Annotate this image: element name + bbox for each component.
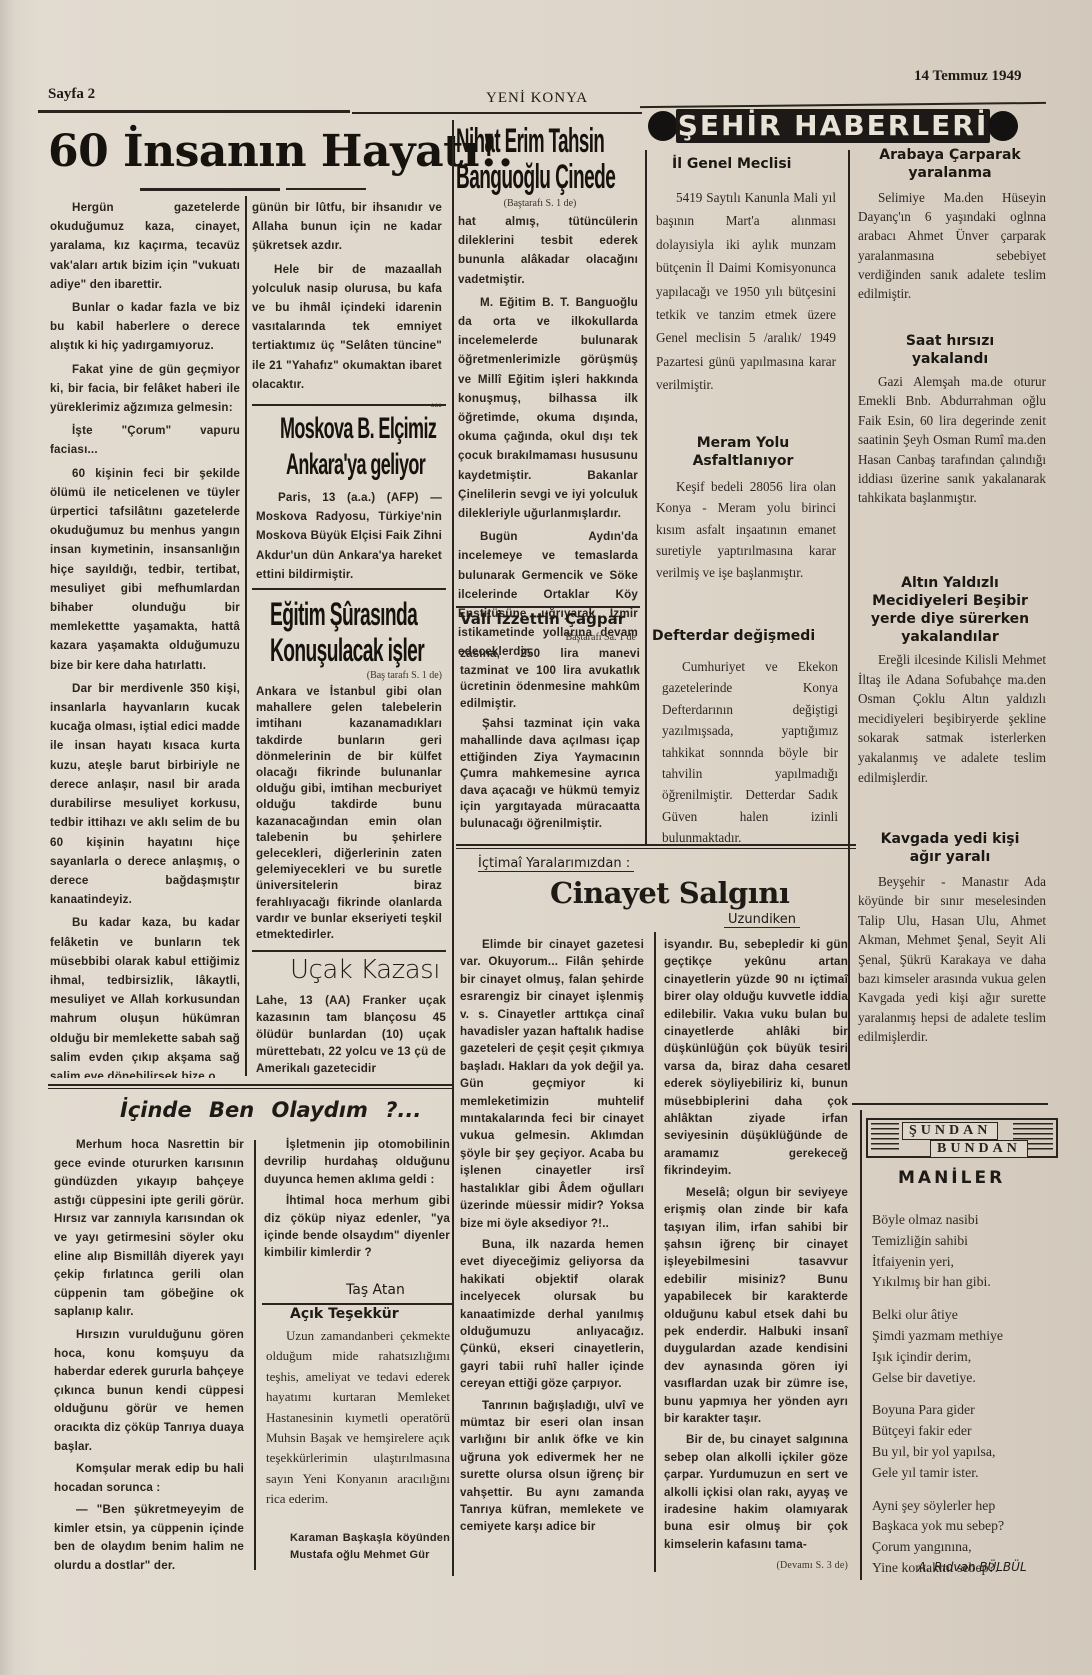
egitim-headline-1: Eğitim Şûrasında bbox=[270, 596, 417, 633]
paragraph: Buna, ilk nazarda hemen evet diyeceğimiz… bbox=[460, 1236, 644, 1393]
vali-headline: Vali İzzettin Çağpar bbox=[460, 610, 625, 628]
moskova-headline-1: Moskova B. Elçimiz bbox=[280, 412, 424, 446]
poem-line: Gelse bir davetiye. bbox=[872, 1368, 1004, 1389]
headline-line: ağır yaralı bbox=[852, 848, 1048, 866]
column-rule bbox=[245, 196, 247, 1076]
poem-line: Şimdi yazmam methiye bbox=[872, 1326, 1004, 1347]
nihat-body: hat almış, tütüncülerin dileklerini tesb… bbox=[458, 212, 638, 666]
meram-body: Keşif bedeli 28056 lira olan Konya - Mer… bbox=[656, 476, 836, 583]
poem-line: Bu yıl, bir yol yapılsa, bbox=[872, 1442, 1004, 1463]
paragraph: Uzun zamandanberi çekmekte olduğum mide … bbox=[266, 1326, 450, 1510]
poem-line: Böyle olmaz nasibi bbox=[872, 1210, 1004, 1231]
paragraph: Fakat yine de gün geçmiyor ki, bir facia… bbox=[50, 360, 240, 418]
paragraph: zasına, 250 lira manevi tazminat ve 100 … bbox=[460, 646, 640, 712]
cinayet-headline: Cinayet Salgını bbox=[550, 876, 789, 910]
headline-line: yaralanma bbox=[852, 164, 1048, 182]
paragraph: hat almış, tütüncülerin dileklerini tesb… bbox=[458, 212, 638, 289]
poem-line: Başkaca yok mu sebep? bbox=[872, 1516, 1004, 1537]
paragraph: Hırsızın vurulduğunu gören hoca, konu ko… bbox=[54, 1326, 244, 1456]
banner-line2: BUNDAN bbox=[930, 1140, 1028, 1158]
stanza: Boyuna Para gider Bütçeyi fakir eder Bu … bbox=[872, 1400, 1004, 1483]
cinayet-col1: Elimde bir cinayet gazetesi var. Okuyoru… bbox=[460, 936, 644, 1540]
headline-line: yakalandılar bbox=[850, 628, 1050, 646]
paragraph: Ereğli ilcesinde Kilisli Mehmet İltaş il… bbox=[858, 650, 1046, 787]
section-rule bbox=[252, 588, 446, 590]
newspaper-page: Sayfa 2 YENİ KONYA 14 Temmuz 1949 60 İns… bbox=[0, 0, 1092, 1675]
kavga-headline: Kavgada yedi kişi ağır yaralı bbox=[852, 830, 1048, 866]
arabaya-headline: Arabaya Çarparak yaralanma bbox=[852, 146, 1048, 182]
tesekkur-body: Uzun zamandanberi çekmekte olduğum mide … bbox=[266, 1326, 450, 1510]
headline-line: Saat hırsızı bbox=[852, 332, 1048, 350]
maniler-title: MANİLER bbox=[898, 1168, 1005, 1188]
cinayet-continued: (Devamı S. 3 de) bbox=[664, 1557, 848, 1574]
poem-line: Yıkılmış bir han gibi. bbox=[872, 1272, 1004, 1293]
nihat-continued: (Baştarafı S. 1 de) bbox=[460, 198, 620, 209]
poem-line: Gele yıl tamir ister. bbox=[872, 1463, 1004, 1484]
nihat-headline-2: Banguoğlu Çinede bbox=[456, 158, 615, 197]
lead-article-col1: Hergün gazetelerde okuduğumuz kaza, cina… bbox=[50, 198, 240, 1078]
column-rule bbox=[254, 1140, 256, 1570]
paragraph: Bir de, bu cinayet salgınına sebep olan … bbox=[664, 1431, 848, 1553]
paragraph: Hele bir de mazaallah yolculuk nasip olu… bbox=[252, 260, 442, 394]
defterdar-headline: Defterdar değişmedi bbox=[652, 628, 815, 644]
poem-line: Boyuna Para gider bbox=[872, 1400, 1004, 1421]
genel-meclis-body: 5419 Saytılı Kanunla Mali yıl başının Ma… bbox=[656, 186, 836, 397]
lead-article-col2: günün bir lûtfu, bir ihsanıdır ve Allaha… bbox=[252, 198, 442, 417]
column-rule bbox=[645, 150, 647, 844]
stanza: Belki olur âtiye Şimdi yazmam methiye Iş… bbox=[872, 1305, 1004, 1388]
sehir-haberleri-banner: ŞEHİR HABERLERİ bbox=[648, 108, 1018, 144]
section-rule bbox=[252, 950, 446, 952]
cinayet-col2: isyandır. Bu, sebepledir ki gün geçtikçe… bbox=[664, 936, 848, 1575]
altin-headline: Altın Yaldızlı Mecidiyeleri Beşibir yerd… bbox=[850, 574, 1050, 646]
paragraph: Şahsi tazminat için vaka mahallinde dava… bbox=[460, 716, 640, 832]
stripe-ornament bbox=[871, 1123, 899, 1153]
paragraph: İşletmenin jip otomobilinin devrilip hur… bbox=[264, 1136, 450, 1188]
poem-line: İtfaiyenin yeri, bbox=[872, 1252, 1004, 1273]
masthead-rule bbox=[352, 112, 642, 114]
paragraph: Tanrının bağışladığı, ulvî ve mümtaz bir… bbox=[460, 1397, 644, 1536]
column-rule bbox=[452, 1086, 454, 1576]
paragraph: 60 kişinin feci bir şekilde ölümü ile ne… bbox=[50, 464, 240, 675]
poem-line: Bütçeyi fakir eder bbox=[872, 1421, 1004, 1442]
masthead-rule bbox=[38, 110, 350, 113]
section-rule bbox=[252, 404, 446, 406]
section-rule bbox=[456, 606, 640, 608]
issue-date: 14 Temmuz 1949 bbox=[914, 68, 1022, 85]
cinayet-kicker: İçtimaî Yaralarımızdan : bbox=[478, 856, 634, 872]
section-rule bbox=[852, 1103, 1048, 1105]
section-rule bbox=[262, 1303, 452, 1305]
paragraph: Ankara ve İstanbul gibi olan mahallere g… bbox=[256, 684, 442, 943]
poem-line: Belki olur âtiye bbox=[872, 1305, 1004, 1326]
tesekkur-headline: Açık Teşekkür bbox=[290, 1306, 399, 1322]
meram-headline: Meram Yolu Asfaltlanıyor bbox=[650, 434, 836, 470]
headline-line: Mecidiyeleri Beşibir bbox=[850, 592, 1050, 610]
arabaya-body: Selimiye Ma.den Hüseyin Dayanç'ın 6 yaşı… bbox=[858, 188, 1046, 303]
poem-line: Temizliğin sahibi bbox=[872, 1231, 1004, 1252]
headline-line: yakalandı bbox=[852, 350, 1048, 368]
cinayet-author: Uzundiken bbox=[724, 912, 800, 928]
paragraph: Keşif bedeli 28056 lira olan Konya - Mer… bbox=[656, 476, 836, 583]
paragraph: Beyşehir - Manastır Ada köyünde bir sını… bbox=[858, 872, 1046, 1047]
icinde-col1: Merhum hoca Nasrettin bir gece evinde ot… bbox=[54, 1136, 244, 1580]
vali-continued: Baştarafı Sa. 1 de bbox=[460, 632, 636, 643]
paragraph: Selimiye Ma.den Hüseyin Dayanç'ın 6 yaşı… bbox=[858, 188, 1046, 303]
ucak-headline: Uçak Kazası bbox=[290, 955, 440, 985]
paragraph: Merhum hoca Nasrettin bir gece evinde ot… bbox=[54, 1136, 244, 1322]
ucak-body: Lahe, 13 (AA) Franker uçak kazasının tam… bbox=[256, 992, 446, 1081]
headline-line: Altın Yaldızlı bbox=[850, 574, 1050, 592]
saat-headline: Saat hırsızı yakalandı bbox=[852, 332, 1048, 368]
poem-line: Işık içindir derim, bbox=[872, 1347, 1004, 1368]
altin-body: Ereğli ilcesinde Kilisli Mehmet İltaş il… bbox=[858, 650, 1046, 787]
icinde-col2: İşletmenin jip otomobilinin devrilip hur… bbox=[264, 1136, 450, 1266]
paragraph: Cumhuriyet ve Ekekon gazetelerinde Konya… bbox=[662, 656, 838, 849]
headline-line: Meram Yolu bbox=[650, 434, 836, 452]
egitim-body: Ankara ve İstanbul gibi olan mahallere g… bbox=[256, 684, 442, 947]
stanza: Böyle olmaz nasibi Temizliğin sahibi İtf… bbox=[872, 1210, 1004, 1293]
paragraph: Gazi Alemşah ma.de oturur Emekli Bnb. Ab… bbox=[858, 372, 1046, 508]
paragraph: Bu kadar kaza, bu kadar felâketin ve bun… bbox=[50, 913, 240, 1078]
moskova-headline-2: Ankara'ya geliyor bbox=[286, 448, 425, 482]
sundan-bundan-banner: ŞUNDAN BUNDAN bbox=[866, 1118, 1058, 1158]
section-rule bbox=[48, 1088, 452, 1089]
paragraph: 5419 Saytılı Kanunla Mali yıl başının Ma… bbox=[656, 186, 836, 397]
headline-line: Arabaya Çarparak bbox=[852, 146, 1048, 164]
tesekkur-signature: Karaman Başkaşla köyünden Mustafa oğlu M… bbox=[290, 1530, 450, 1567]
genel-meclis-headline: İl Genel Meclisi bbox=[650, 156, 836, 172]
paragraph: M. Eğitim B. T. Banguoğlu da orta ve ilk… bbox=[458, 293, 638, 523]
ornament-rule bbox=[140, 188, 280, 191]
page-number: Sayfa 2 bbox=[48, 86, 95, 103]
saat-body: Gazi Alemşah ma.de oturur Emekli Bnb. Ab… bbox=[858, 372, 1046, 508]
column-rule bbox=[452, 120, 454, 1086]
paragraph: Paris, 13 (a.a.) (AFP) — Moskova Radyosu… bbox=[256, 488, 442, 584]
maniler-author: A. Rıdvan BÜLBÜL bbox=[918, 1560, 1027, 1574]
egitim-headline-2: Konuşulacak işler bbox=[270, 632, 424, 669]
egitim-continued: (Baş tarafı S. 1 de) bbox=[256, 670, 442, 681]
lead-headline: 60 İnsanın Hayatı!. bbox=[48, 126, 513, 177]
moskova-body: Paris, 13 (a.a.) (AFP) — Moskova Radyosu… bbox=[256, 488, 442, 588]
headline-line: Asfaltlanıyor bbox=[650, 452, 836, 470]
vali-body: zasına, 250 lira manevi tazminat ve 100 … bbox=[460, 646, 640, 837]
paper-name: YENİ KONYA bbox=[486, 90, 588, 107]
paragraph: Elimde bir cinayet gazetesi var. Okuyoru… bbox=[460, 936, 644, 1232]
paragraph: İhtimal hoca merhum gibi diz çöküp niyaz… bbox=[264, 1192, 450, 1262]
paragraph: İşte "Çorum" vapuru faciası... bbox=[50, 421, 240, 459]
paragraph: Hergün gazetelerde okuduğumuz kaza, cina… bbox=[50, 198, 240, 294]
paragraph: isyandır. Bu, sebepledir ki gün geçtikçe… bbox=[664, 936, 848, 1180]
section-rule bbox=[48, 1084, 452, 1086]
maniler-poem: Böyle olmaz nasibi Temizliğin sahibi İtf… bbox=[872, 1210, 1004, 1591]
column-rule bbox=[654, 932, 656, 1572]
bullet-icon bbox=[648, 111, 678, 141]
ornament-rule bbox=[286, 188, 366, 190]
headline-line: Kavgada yedi kişi bbox=[852, 830, 1048, 848]
signature: Karaman Başkaşla köyünden Mustafa oğlu M… bbox=[290, 1530, 450, 1563]
paragraph: Meselâ; olgun bir seviyeye erişmiş olan … bbox=[664, 1184, 848, 1428]
poem-line: Çorum yangınına, bbox=[872, 1537, 1004, 1558]
paragraph: — "Ben şükretmeyeyim de kimler etsin, ya… bbox=[54, 1501, 244, 1575]
kavga-body: Beyşehir - Manastır Ada köyünde bir sını… bbox=[858, 872, 1046, 1047]
banner-title: ŞEHİR HABERLERİ bbox=[676, 109, 990, 143]
icinde-headline: İçinde Ben Olaydım ?... bbox=[120, 1098, 421, 1122]
defterdar-body: Cumhuriyet ve Ekekon gazetelerinde Konya… bbox=[662, 656, 838, 849]
paragraph: günün bir lûtfu, bir ihsanıdır ve Allaha… bbox=[252, 198, 442, 256]
paragraph: Komşular merak edip bu hali hocadan soru… bbox=[54, 1460, 244, 1497]
bullet-icon bbox=[988, 111, 1018, 141]
icinde-author: Taş Atan bbox=[346, 1282, 405, 1298]
poem-line: Ayni şey söylerler hep bbox=[872, 1496, 1004, 1517]
banner-line1: ŞUNDAN bbox=[902, 1122, 998, 1140]
paragraph: Lahe, 13 (AA) Franker uçak kazasının tam… bbox=[256, 992, 446, 1077]
paragraph: Dar bir merdivenle 350 kişi, insanlarla … bbox=[50, 679, 240, 909]
headline-line: yerde diye sürerken bbox=[850, 610, 1050, 628]
column-rule bbox=[860, 1110, 862, 1580]
paragraph: Bunlar o kadar fazla ve biz bu kabil hab… bbox=[50, 298, 240, 356]
nihat-headline-1: Nihat Erim Tahsin bbox=[456, 122, 604, 161]
